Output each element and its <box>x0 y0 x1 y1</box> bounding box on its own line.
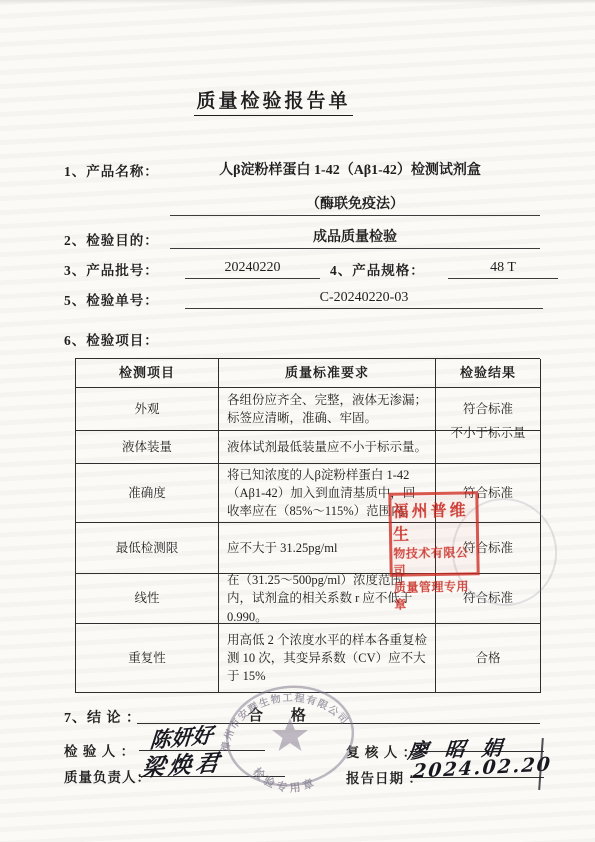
batch-label: 3、产品批号： <box>64 259 159 279</box>
page-title: 质量检验报告单 <box>194 86 352 116</box>
rect-stamp-line2: 物技术有限公司 <box>393 543 476 578</box>
spec-value: 48 T <box>448 256 558 279</box>
purpose-value: 成品质量检验 <box>170 226 540 249</box>
seal-bottom-text: 检验专用章 <box>250 765 319 795</box>
seal-star-icon <box>272 718 308 751</box>
batch-value: 20240220 <box>185 256 320 279</box>
rectangular-company-stamp: 福州普维生 物技术有限公司 质量管理专用章 <box>388 491 479 577</box>
round-inspection-seal: 漳州市安群生物工程有限公司 检验专用章 <box>208 678 373 800</box>
inspector-label: 检 验 人 ： <box>64 740 135 760</box>
rect-stamp-line3: 质量管理专用章 <box>394 577 477 612</box>
scan-artifact-top <box>0 0 595 4</box>
product-name-value-line1: 人β淀粉样蛋白 1-42（Aβ1-42）检测试剂盒 <box>158 159 542 179</box>
col-header-standard: 质量标准要求 <box>219 359 436 388</box>
rect-stamp-line1: 福州普维生 <box>392 497 475 544</box>
col-header-result: 检验结果 <box>436 359 541 388</box>
product-name-value-line2: （酶联免疫法） <box>170 193 540 216</box>
table-row-item: 重复性 <box>76 624 219 693</box>
report-no-label: 5、检验单号： <box>64 289 159 309</box>
table-row-standard: 各组份应齐全、完整，液体无渗漏；标签应清晰，准确、牢固。 <box>219 388 436 431</box>
quality-manager-signature: 梁焕君 <box>140 744 225 783</box>
report-page: 质量检验报告单 1、产品名称： 人β淀粉样蛋白 1-42（Aβ1-42）检测试剂… <box>0 0 595 842</box>
product-name-label: 1、产品名称： <box>64 160 159 180</box>
items-section-label: 6、检验项目： <box>64 329 159 349</box>
table-row-item: 准确度 <box>76 464 219 523</box>
table-row-result: 合格 <box>436 624 541 693</box>
col-header-item: 检测项目 <box>76 359 219 388</box>
quality-manager-label: 质量负责人： <box>64 766 151 786</box>
table-row-result: 不小于标示量 <box>436 431 541 464</box>
table-row-item: 线性 <box>76 574 219 624</box>
table-row-item: 最低检测限 <box>76 523 219 574</box>
title-wrap: 质量检验报告单 <box>0 86 571 116</box>
conclusion-label: 7、结 论 ： <box>64 707 141 727</box>
spec-label: 4、产品规格： <box>330 259 425 279</box>
svg-text:检验专用章: 检验专用章 <box>250 765 319 795</box>
report-no-value: C-20240220-03 <box>185 286 543 309</box>
table-row-standard: 液体试剂最低装量应不小于标示量。 <box>219 431 436 464</box>
table-row-item: 液体装量 <box>76 431 219 464</box>
purpose-label: 2、检验目的： <box>64 229 159 249</box>
table-row-item: 外观 <box>76 388 219 431</box>
